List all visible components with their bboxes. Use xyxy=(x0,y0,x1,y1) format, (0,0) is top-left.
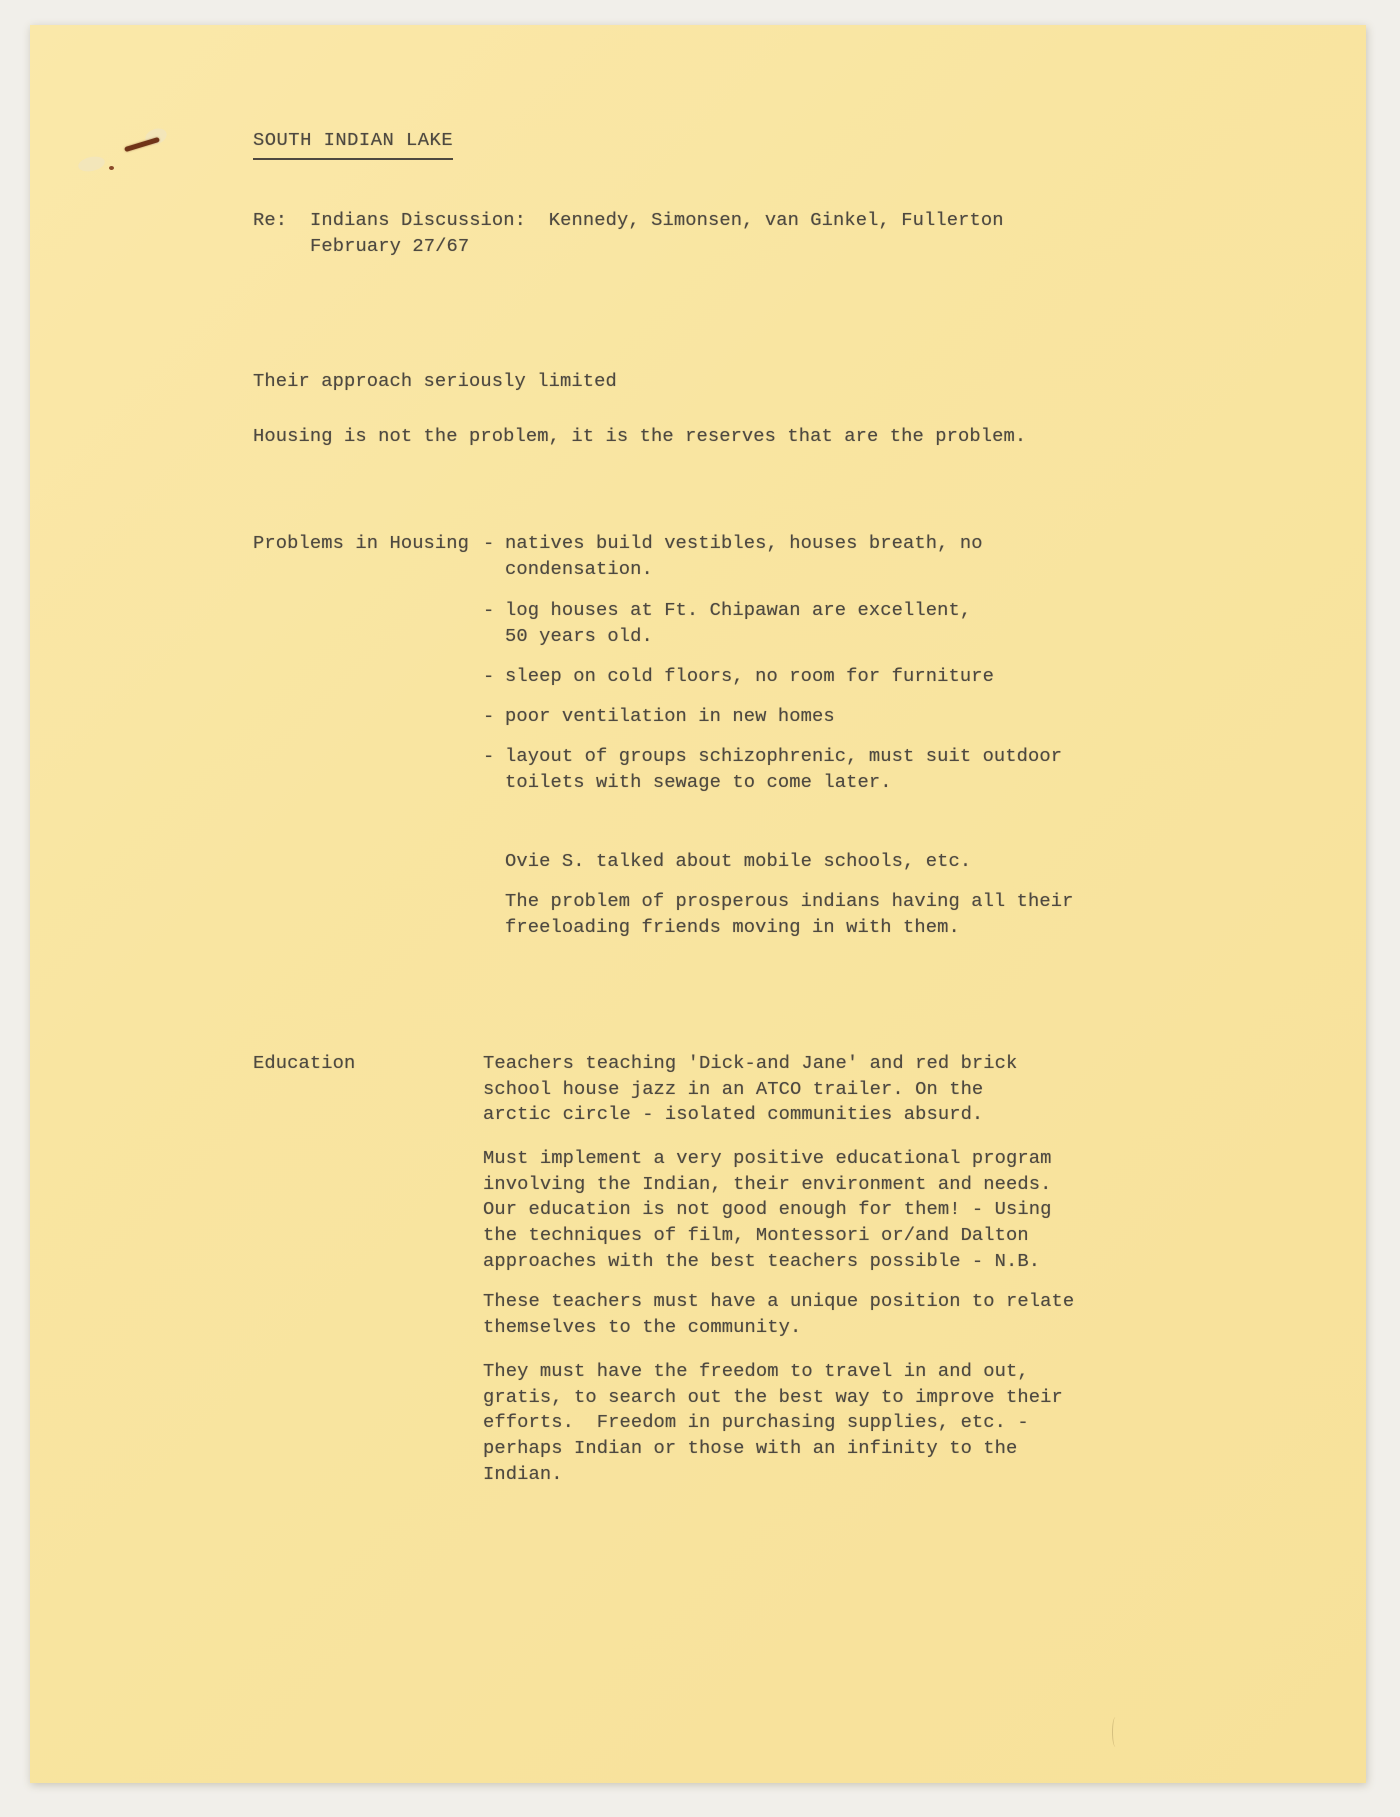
education-paragraph-position: These teachers must have a unique positi… xyxy=(483,1289,1074,1340)
bullet-dash: - xyxy=(483,664,505,690)
scan-background: { "theme": { "scan_bg": "#f1efea", "pape… xyxy=(0,0,1400,1817)
re-line: Re: Indians Discussion: Kennedy, Simonse… xyxy=(253,208,1004,259)
stain-dot xyxy=(109,166,114,170)
bullet-item: - natives build vestibles, houses breath… xyxy=(483,531,983,582)
paper-crease xyxy=(1112,1717,1119,1747)
section-label-education: Education xyxy=(253,1051,355,1077)
re-label: Re: xyxy=(253,208,310,259)
bullet-text: log houses at Ft. Chipawan are excellent… xyxy=(505,598,971,649)
note-freeloading: The problem of prosperous indians having… xyxy=(505,889,1074,940)
paragraph-housing-problem: Housing is not the problem, it is the re… xyxy=(253,424,1026,450)
bullet-item: - sleep on cold floors, no room for furn… xyxy=(483,664,994,690)
bullet-item: - log houses at Ft. Chipawan are excelle… xyxy=(483,598,971,649)
bullet-text: layout of groups schizophrenic, must sui… xyxy=(505,744,1062,795)
stain-blob xyxy=(77,154,106,173)
bullet-text: sleep on cold floors, no room for furnit… xyxy=(505,664,994,690)
bullet-dash: - xyxy=(483,598,505,649)
paragraph-approach: Their approach seriously limited xyxy=(253,369,617,395)
bullet-dash: - xyxy=(483,744,505,795)
bullet-text: poor ventilation in new homes xyxy=(505,704,835,730)
note-mobile-schools: Ovie S. talked about mobile schools, etc… xyxy=(505,849,971,875)
bullet-dash: - xyxy=(483,704,505,730)
document-title: SOUTH INDIAN LAKE xyxy=(253,128,453,160)
bullet-dash: - xyxy=(483,531,505,582)
education-paragraph-program: Must implement a very positive education… xyxy=(483,1146,1052,1275)
education-paragraph-teachers: Teachers teaching 'Dick-and Jane' and re… xyxy=(483,1051,1017,1128)
section-label-problems-in-housing: Problems in Housing xyxy=(253,531,469,557)
bullet-item: - layout of groups schizophrenic, must s… xyxy=(483,744,1062,795)
bullet-text: natives build vestibles, houses breath, … xyxy=(505,531,983,582)
re-body: Indians Discussion: Kennedy, Simonsen, v… xyxy=(310,208,1004,259)
education-paragraph-freedom: They must have the freedom to travel in … xyxy=(483,1359,1063,1488)
bullet-item: - poor ventilation in new homes xyxy=(483,704,835,730)
paper-sheet: SOUTH INDIAN LAKE Re: Indians Discussion… xyxy=(30,25,1366,1783)
